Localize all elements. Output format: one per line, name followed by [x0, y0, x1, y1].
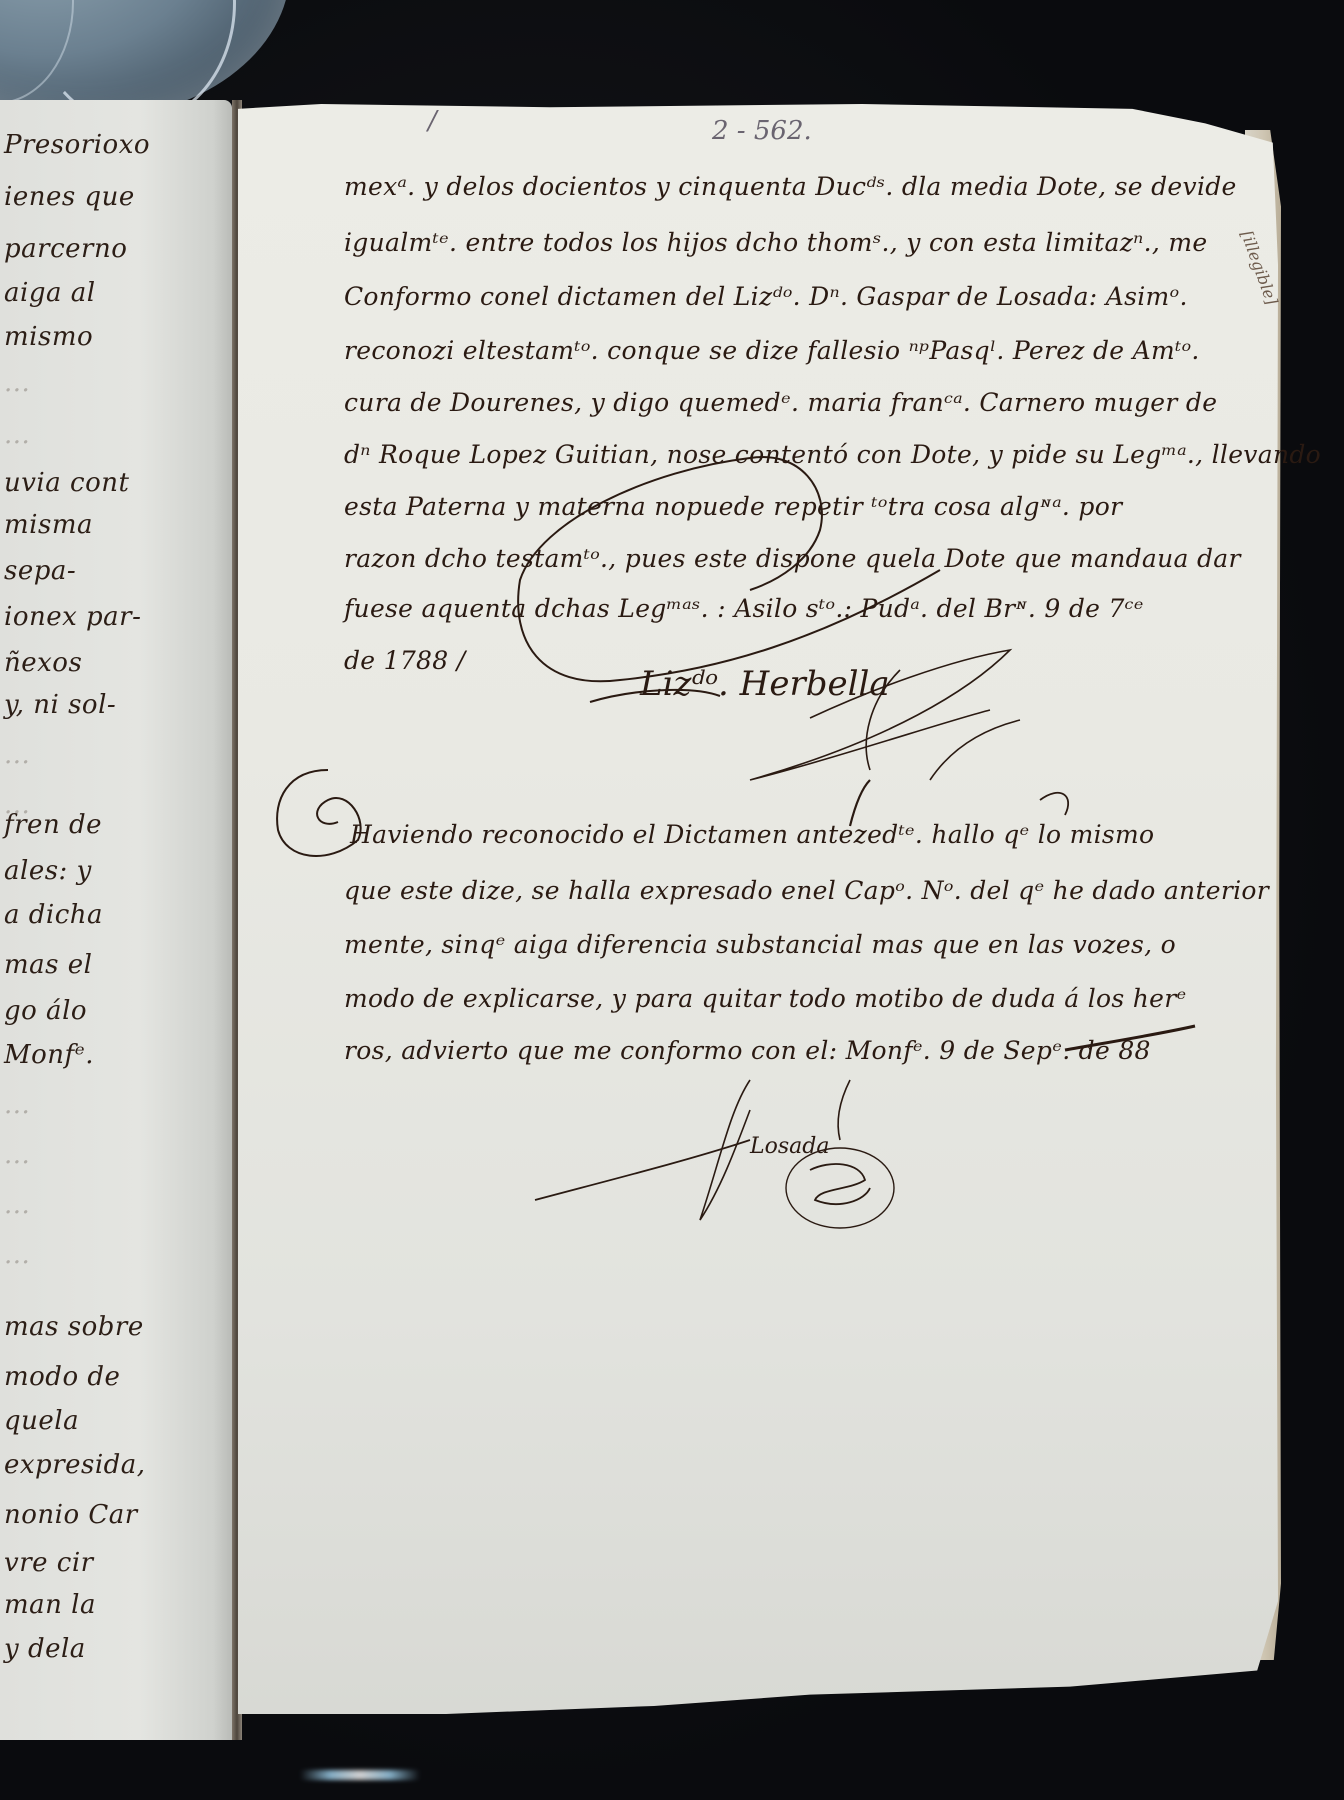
left-page-line-faint: ...	[4, 1240, 30, 1270]
left-page-line: expresida,	[4, 1450, 146, 1480]
left-page-line: vre cir	[4, 1548, 94, 1578]
left-page-line: mismo	[4, 322, 93, 352]
left-page-line: quela	[4, 1406, 79, 1436]
left-page-line-faint: ...	[4, 368, 30, 398]
left-page-line: nonio Car	[4, 1500, 138, 1530]
left-page-line: ionex par-	[4, 602, 141, 632]
left-page-line: y, ni sol-	[4, 690, 116, 720]
folio-mark-left: /	[428, 106, 437, 136]
manuscript-line: Conformo conel dictamen del Lizᵈᵒ. Dⁿ. G…	[344, 282, 1188, 311]
left-page-line: uvia cont	[4, 468, 129, 498]
manuscript-line: modo de explicarse, y para quitar todo m…	[344, 984, 1187, 1013]
signature-herbella: Lizᵈᵒ. Herbella	[640, 664, 890, 704]
manuscript-line: de 1788 /	[344, 646, 465, 675]
left-page-line: Presorioxo	[4, 130, 150, 160]
manuscript-line: igualmᵗᵉ. entre todos los hijos dcho tho…	[344, 228, 1207, 257]
manuscript-line: razon dcho testamᵗᵒ., pues este dispone …	[344, 544, 1241, 573]
left-page-line-faint: ...	[4, 1190, 30, 1220]
left-page-line: ales: y	[4, 856, 92, 886]
left-page-line-faint: ...	[4, 420, 30, 450]
manuscript-line: ros, advierto que me conformo con el: Mo…	[344, 1036, 1151, 1065]
left-page-line: parcerno	[4, 234, 127, 264]
left-page-line: ñexos	[4, 648, 82, 678]
manuscript-line: Haviendo reconocido el Dictamen antezedᵗ…	[350, 820, 1154, 849]
light-reflection	[300, 1770, 420, 1780]
left-page-line: a dicha	[4, 900, 103, 930]
left-page-line: misma	[4, 510, 93, 540]
left-page-line: y dela	[4, 1634, 86, 1664]
folio-number: 2 - 562.	[712, 116, 812, 146]
left-page-line: modo de	[4, 1362, 120, 1392]
manuscript-line: esta Paterna y materna nopuede repetir ᵗ…	[344, 492, 1122, 521]
left-page-line: aiga al	[4, 278, 96, 308]
photo-scene: Presorioxo ienes que parcerno aiga al mi…	[0, 0, 1344, 1800]
manuscript-line: reconozi eltestamᵗᵒ. conque se dize fall…	[344, 336, 1200, 365]
left-page-line: mas el	[4, 950, 92, 980]
left-page-line: go álo	[4, 996, 87, 1026]
signature-losada: Losada	[750, 1134, 829, 1159]
manuscript-line: fuese aquenta dchas Legᵐᵃˢ. : Asilo sᵗᵒ.…	[344, 594, 1144, 623]
manuscript-line: que este dize, se halla expresado enel C…	[344, 876, 1269, 905]
left-page-line: Monfᵉ.	[4, 1040, 94, 1070]
manuscript-line: mexᵃ. y delos docientos y cinquenta Ducᵈ…	[344, 172, 1237, 201]
left-page-line-faint: ...	[4, 740, 30, 770]
manuscript-line: dⁿ Roque Lopez Guitian, nose contentó co…	[344, 440, 1321, 469]
left-page-line-faint: ...	[4, 1140, 30, 1170]
left-page-line-faint: ...	[4, 1090, 30, 1120]
left-page-line: fren de	[4, 810, 102, 840]
manuscript-line: cura de Dourenes, y digo quemedᵉ. maria …	[344, 388, 1217, 417]
left-page-line: man la	[4, 1590, 96, 1620]
left-page-line: sepa-	[4, 556, 76, 586]
left-page-verso: Presorioxo ienes que parcerno aiga al mi…	[0, 100, 232, 1740]
left-page-line: mas sobre	[4, 1312, 144, 1342]
manuscript-line: mente, sinqᵉ aiga diferencia substancial…	[344, 930, 1176, 959]
left-page-line: ienes que	[4, 182, 135, 212]
